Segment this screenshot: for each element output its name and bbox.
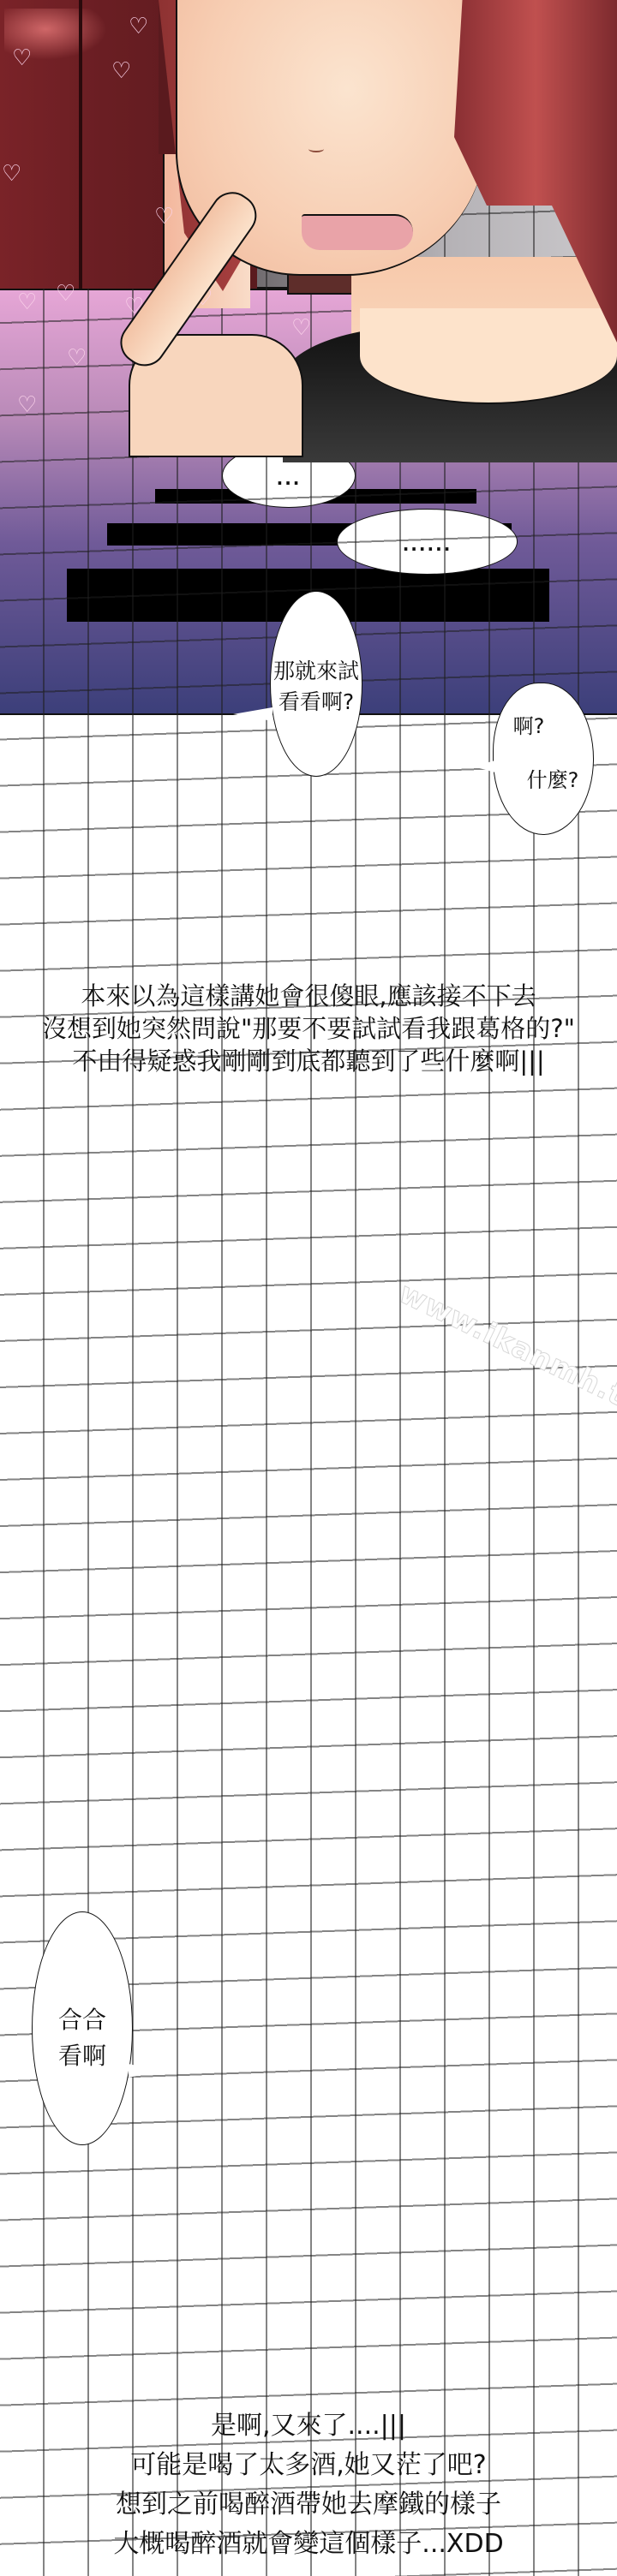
caption-line: 大概喝醉酒就會變這個樣子...XDD: [0, 2525, 617, 2564]
bubble-tail: [129, 2064, 161, 2078]
heart-icon: ♡: [67, 347, 87, 369]
hair-line: [79, 0, 82, 289]
narration-caption-2: 是啊,又來了....||| 可能是喝了太多酒,她又茫了吧? 想到之前喝醉酒帶她去…: [0, 2406, 617, 2564]
bubble-tail: [233, 707, 273, 721]
heart-icon: ♡: [56, 289, 75, 305]
speech-bubble-man: [493, 683, 594, 835]
neckline: [360, 308, 617, 404]
caption-line: 沒想到她突然問說"那要不要試試看我跟葛格的?": [0, 1012, 617, 1045]
caption-line: 可能是喝了太多酒,她又茫了吧?: [0, 2446, 617, 2485]
speech-text-woman-2: 合合 看啊: [38, 2002, 127, 2074]
heart-icon: ♡: [17, 394, 37, 416]
speech-text-man-2: 什麼?: [514, 765, 591, 796]
caption-line: 不由得疑惑我剛剛到底都聽到了些什麼啊|||: [0, 1045, 617, 1077]
bubble-tail: [473, 760, 495, 772]
caption-line: 想到之前喝醉酒帶她去摩鐵的樣子: [0, 2485, 617, 2525]
heart-icon: ♡: [291, 317, 311, 339]
narration-caption-1: 本來以為這樣講她會很傻眼,應該接不下去 沒想到她突然問說"那要不要試試看我跟葛格…: [0, 980, 617, 1077]
caption-line: 是啊,又來了....|||: [0, 2406, 617, 2446]
speech-text-man-1: 啊?: [499, 711, 559, 742]
heart-icon: ♡: [17, 291, 37, 313]
caption-line: 本來以為這樣講她會很傻眼,應該接不下去: [0, 980, 617, 1012]
speech-text-woman: 那就來試 看看啊?: [273, 656, 360, 718]
